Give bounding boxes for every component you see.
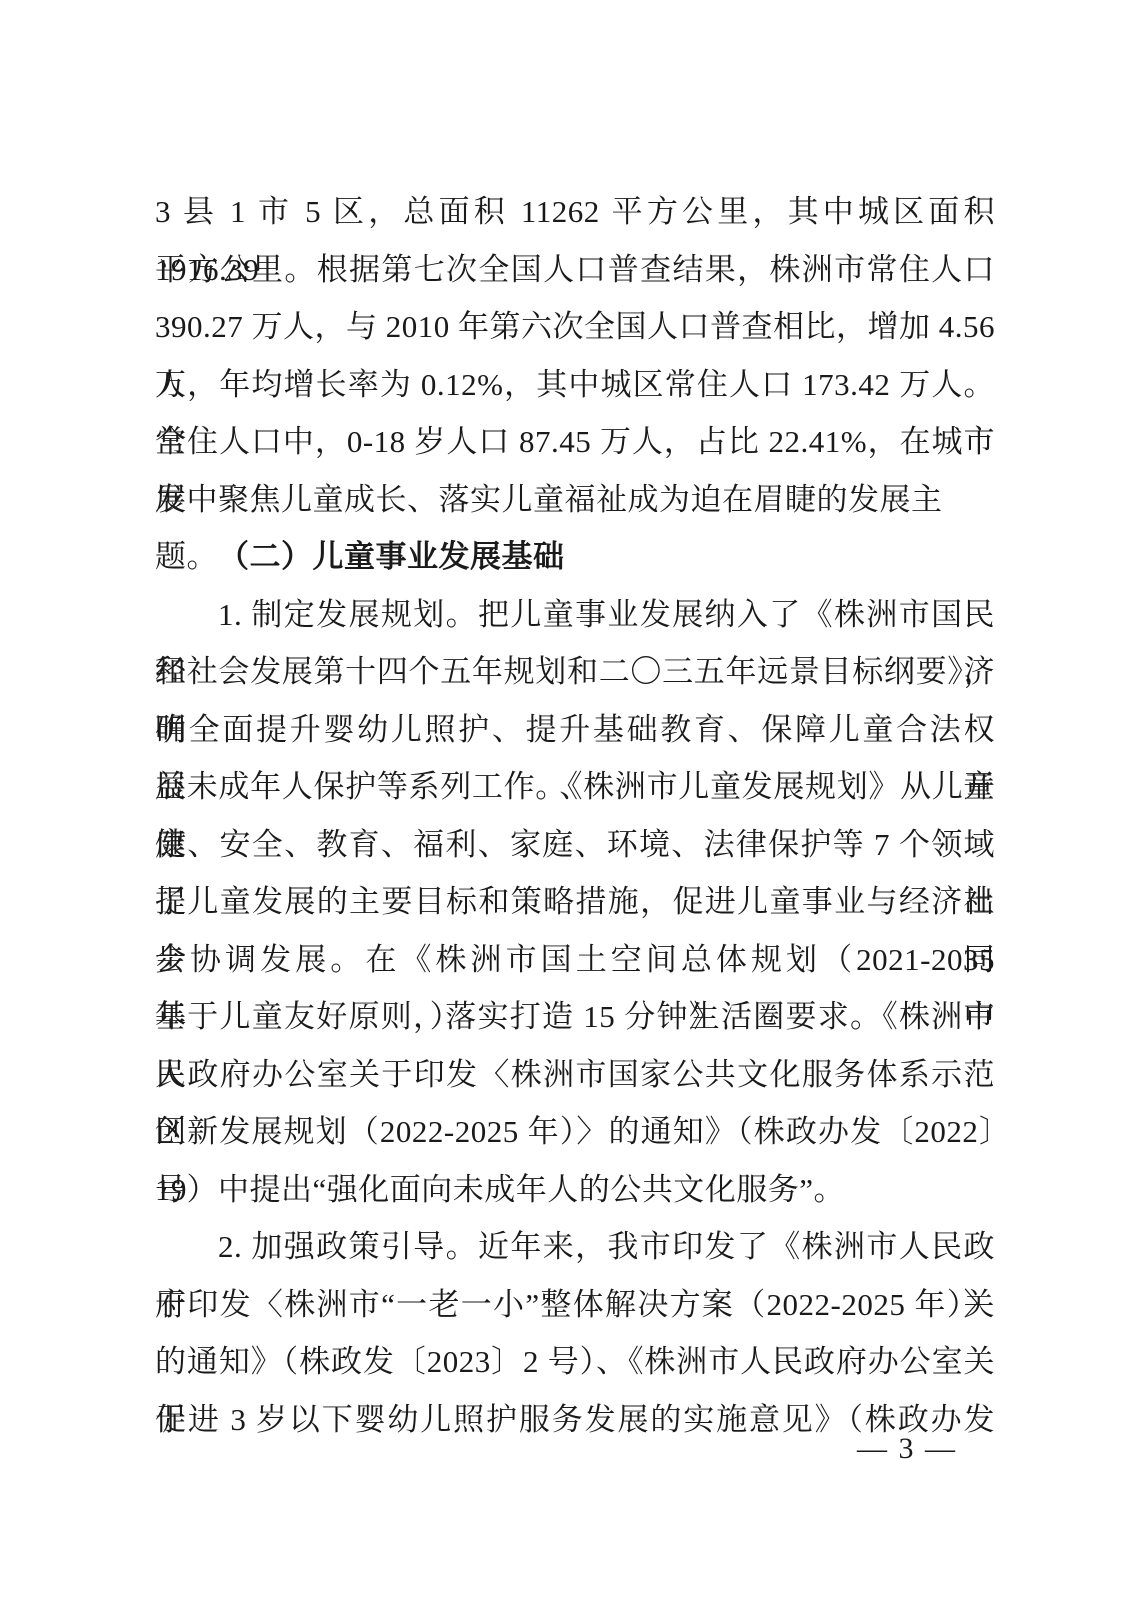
text-line: 于印发〈株洲市“一老一小”整体解决方案（2022-2025 年）〉 xyxy=(155,1276,995,1334)
section-heading: （二）儿童事业发展基础 xyxy=(155,528,995,586)
text-line: 平方公里。根据第七次全国人口普查结果，株洲市常住人口 xyxy=(155,241,995,299)
text-line: 1. 制定发展规划。把儿童事业发展纳入了《株洲市国民经济 xyxy=(155,586,995,644)
document-page: 3 县 1 市 5 区，总面积 11262 平方公里，其中城区面积 1916.3… xyxy=(0,0,1130,1600)
text-line: 民政府办公室关于印发〈株洲市国家公共文化服务体系示范区 xyxy=(155,1046,995,1104)
text-line: 常住人口中，0-18 岁人口 87.45 万人，占比 22.41%，在城市发 xyxy=(155,413,995,471)
text-line: 390.27 万人，与 2010 年第六次全国人口普查相比，增加 4.56 万 xyxy=(155,298,995,356)
text-line: 3 县 1 市 5 区，总面积 11262 平方公里，其中城区面积 1916.3… xyxy=(155,183,995,241)
text-line: 确全面提升婴幼儿照护、提升基础教育、保障儿童合法权益、开 xyxy=(155,701,995,759)
text-line: 基于儿童友好原则，落实打造 15 分钟生活圈要求。《株洲市人 xyxy=(155,988,995,1046)
text-line: 了儿童发展的主要目标和策略措施，促进儿童事业与经济社会同 xyxy=(155,873,995,931)
text-line: 创新发展规划（2022-2025 年）〉的通知》（株政办发〔2022〕19 xyxy=(155,1103,995,1161)
text-line: 展中聚焦儿童成长、落实儿童福祉成为迫在眉睫的发展主题。 xyxy=(155,471,995,529)
text-line: 康、安全、教育、福利、家庭、环境、法律保护等 7 个领域提出 xyxy=(155,816,995,874)
page-number: — 3 — xyxy=(857,1428,957,1470)
text-line: 的通知》（株政发〔2023〕2 号）、《株洲市人民政府办公室关于 xyxy=(155,1333,995,1391)
text-line: 人，年均增长率为 0.12%，其中城区常住人口 173.42 万人。全市 xyxy=(155,356,995,414)
text-line: 号）中提出“强化面向未成年人的公共文化服务”。 xyxy=(155,1161,995,1219)
text-line: 展未成年人保护等系列工作。《株洲市儿童发展规划》从儿童健 xyxy=(155,758,995,816)
text-body: 3 县 1 市 5 区，总面积 11262 平方公里，其中城区面积 1916.3… xyxy=(155,183,995,1448)
text-line: 和社会发展第十四个五年规划和二〇三五年远景目标纲要》，明 xyxy=(155,643,995,701)
text-line: 2. 加强政策引导。近年来，我市印发了《株洲市人民政府关 xyxy=(155,1218,995,1276)
text-line: 步协调发展。在《株洲市国土空间总体规划（2021-2035 年）》中 xyxy=(155,931,995,989)
